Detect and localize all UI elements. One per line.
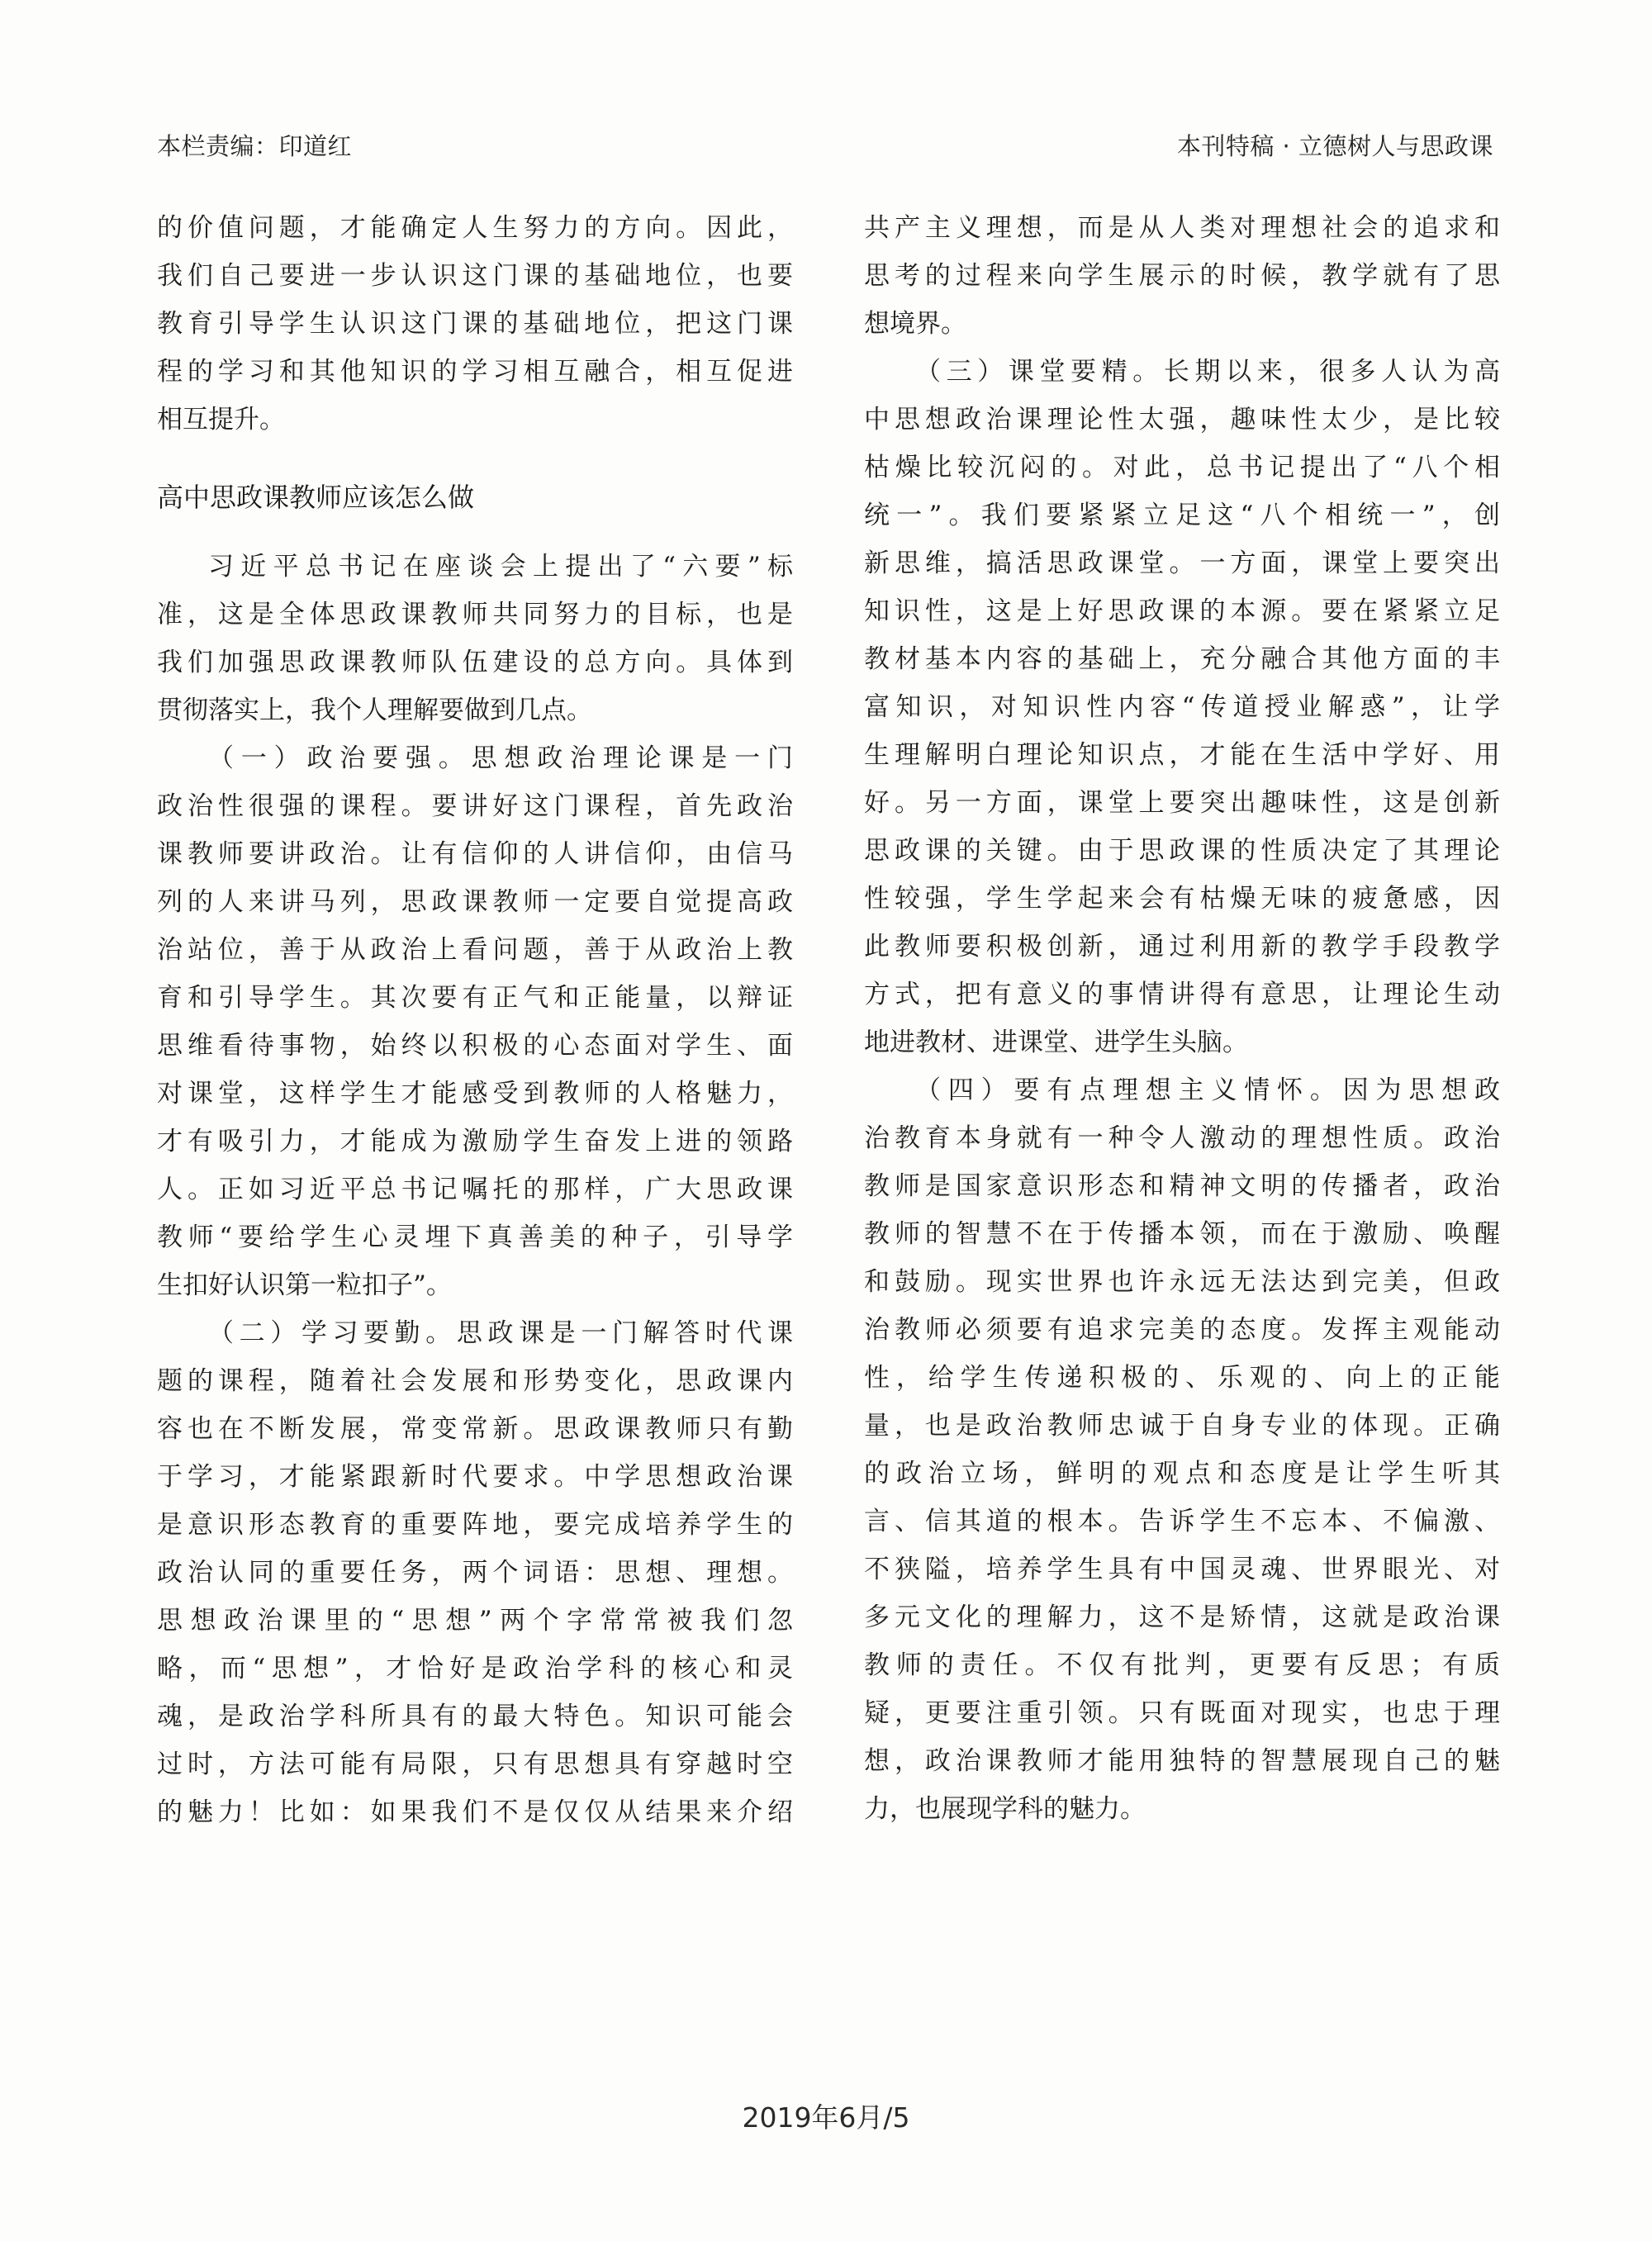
text-line: 程的学习和其他知识的学习相互融合，相互促进: [157, 354, 793, 401]
text-line: 知识性，这是上好思政课的本源。要在紧紧立足: [864, 593, 1500, 641]
text-line: 枯燥比较沉闷的。对此，总书记提出了“八个相: [864, 449, 1500, 497]
text-line: 想，政治课教师才能用独特的智慧展现自己的魅: [864, 1743, 1500, 1791]
text-line: 生扣好认识第一粒扣子”。: [157, 1267, 793, 1315]
text-line: 政治认同的重要任务，两个词语：思想、理想。: [157, 1555, 793, 1602]
text-line: 言、信其道的根本。告诉学生不忘本、不偏激、: [864, 1503, 1500, 1551]
paragraph-idealism: （四）要有点理想主义情怀。因为思想政 治教育本身就有一种令人激动的理想性质。政治…: [864, 1072, 1500, 1839]
text-line: 容也在不断发展，常变常新。思政课教师只有勤: [157, 1411, 793, 1459]
text-line: 疑，更要注重引领。只有既面对现实，也忠于理: [864, 1695, 1500, 1743]
text-line: 课教师要讲政治。让有信仰的人讲信仰，由信马: [157, 836, 793, 884]
text-line: 思想政治课里的“思想”两个字常常被我们忽: [157, 1602, 793, 1650]
text-line: 的政治立场，鲜明的观点和态度是让学生听其: [864, 1455, 1500, 1503]
text-line: 不狭隘，培养学生具有中国灵魂、世界眼光、对: [864, 1551, 1500, 1599]
text-line: 此教师要积极创新，通过利用新的教学手段教学: [864, 928, 1500, 976]
text-line: 才有吸引力，才能成为激励学生奋发上进的领路: [157, 1123, 793, 1171]
text-line: 地进教材、进课堂、进学生头脑。: [864, 1024, 1500, 1072]
text-line: 教师的智慧不在于传播本领，而在于激励、唤醒: [864, 1216, 1500, 1264]
paragraph-intro: 的价值问题，才能确定人生努力的方向。因此， 我们自己要进一步认识这门课的基础地位…: [157, 210, 793, 449]
text-line: （三）课堂要精。长期以来，很多人认为高: [864, 354, 1500, 401]
text-line: 共产主义理想，而是从人类对理想社会的追求和: [864, 210, 1500, 258]
text-line: 贯彻落实上，我个人理解要做到几点。: [157, 692, 793, 740]
paragraph-continuation: 共产主义理想，而是从人类对理想社会的追求和 思考的过程来向学生展示的时候，教学就…: [864, 210, 1500, 354]
running-head-editor: 本栏责编：印道红: [157, 128, 352, 162]
text-line: 教师的责任。不仅有批判，更要有反思；有质: [864, 1647, 1500, 1695]
text-line: 思政课的关键。由于思政课的性质决定了其理论: [864, 833, 1500, 881]
text-line: 和鼓励。现实世界也许永远无法达到完美，但政: [864, 1264, 1500, 1312]
text-line: 相互提升。: [157, 401, 793, 449]
text-line: 的魅力！比如：如果我们不是仅仅从结果来介绍: [157, 1794, 793, 1842]
text-line: 略，而“思想”，才恰好是政治学科的核心和灵: [157, 1650, 793, 1698]
left-column: 的价值问题，才能确定人生努力的方向。因此， 我们自己要进一步认识这门课的基础地位…: [157, 210, 793, 1842]
text-line: 题的课程，随着社会发展和形势变化，思政课内: [157, 1363, 793, 1411]
text-line: 教育引导学生认识这门课的基础地位，把这门课: [157, 306, 793, 354]
text-line: 多元文化的理解力，这不是矫情，这就是政治课: [864, 1599, 1500, 1647]
text-line: 教师“要给学生心灵埋下真善美的种子，引导学: [157, 1219, 793, 1267]
text-line: 政治性很强的课程。要讲好这门课程，首先政治: [157, 788, 793, 836]
text-line: 过时，方法可能有局限，只有思想具有穿越时空: [157, 1746, 793, 1794]
text-line: 生理解明白理论知识点，才能在生活中学好、用: [864, 737, 1500, 785]
text-line: 教材基本内容的基础上，充分融合其他方面的丰: [864, 641, 1500, 689]
text-line: 新思维，搞活思政课堂。一方面，课堂上要突出: [864, 545, 1500, 593]
text-line: （四）要有点理想主义情怀。因为思想政: [864, 1072, 1500, 1120]
section-heading: 高中思政课教师应该怎么做: [157, 479, 793, 527]
text-line: 方式，把有意义的事情讲得有意思，让理论生动: [864, 976, 1500, 1024]
paragraph-politics: （一）政治要强。思想政治理论课是一门 政治性很强的课程。要讲好这门课程，首先政治…: [157, 740, 793, 1315]
text-line: 治教育本身就有一种令人激动的理想性质。政治: [864, 1120, 1500, 1168]
text-line: 育和引导学生。其次要有正气和正能量，以辩证: [157, 980, 793, 1028]
text-line: 好。另一方面，课堂上要突出趣味性，这是创新: [864, 785, 1500, 833]
running-head-section: 本刊特稿 · 立德树人与思政课: [1177, 128, 1493, 162]
text-line: 思考的过程来向学生展示的时候，教学就有了思: [864, 258, 1500, 306]
text-line: 我们自己要进一步认识这门课的基础地位，也要: [157, 258, 793, 306]
text-line: 中思想政治课理论性太强，趣味性太少，是比较: [864, 401, 1500, 449]
text-line: 性较强，学生学起来会有枯燥无味的疲惫感，因: [864, 881, 1500, 928]
text-line: 统一”。我们要紧紧立足这“八个相统一”，创: [864, 497, 1500, 545]
paragraph-six-requirements: 习近平总书记在座谈会上提出了“六要”标 准，这是全体思政课教师共同努力的目标，也…: [157, 548, 793, 740]
text-line: 性，给学生传递积极的、乐观的、向上的正能: [864, 1360, 1500, 1408]
text-line: 治站位，善于从政治上看问题，善于从政治上教: [157, 932, 793, 980]
text-line: 思维看待事物，始终以积极的心态面对学生、面: [157, 1028, 793, 1075]
text-line: 是意识形态教育的重要阵地，要完成培养学生的: [157, 1507, 793, 1555]
paragraph-classroom: （三）课堂要精。长期以来，很多人认为高 中思想政治课理论性太强，趣味性太少，是比…: [864, 354, 1500, 1072]
text-line: 魂，是政治学科所具有的最大特色。知识可能会: [157, 1698, 793, 1746]
text-line: 富知识，对知识性内容“传道授业解惑”，让学: [864, 689, 1500, 737]
text-line: 我们加强思政课教师队伍建设的总方向。具体到: [157, 644, 793, 692]
text-line: 习近平总书记在座谈会上提出了“六要”标: [157, 548, 793, 596]
text-line: 列的人来讲马列，思政课教师一定要自觉提高政: [157, 884, 793, 932]
text-line: 的价值问题，才能确定人生努力的方向。因此，: [157, 210, 793, 258]
text-line: （二）学习要勤。思政课是一门解答时代课: [157, 1315, 793, 1363]
text-line: 准，这是全体思政课教师共同努力的目标，也是: [157, 596, 793, 644]
text-line: 于学习，才能紧跟新时代要求。中学思想政治课: [157, 1459, 793, 1507]
page-folio: 2019年6月/5: [0, 2096, 1652, 2135]
text-line: 想境界。: [864, 306, 1500, 354]
text-line: 量，也是政治教师忠诚于自身专业的体现。正确: [864, 1408, 1500, 1455]
text-line: 治教师必须要有追求完美的态度。发挥主观能动: [864, 1312, 1500, 1360]
text-line: 对课堂，这样学生才能感受到教师的人格魅力，: [157, 1075, 793, 1123]
paragraph-study: （二）学习要勤。思政课是一门解答时代课 题的课程，随着社会发展和形势变化，思政课…: [157, 1315, 793, 1842]
right-column: 共产主义理想，而是从人类对理想社会的追求和 思考的过程来向学生展示的时候，教学就…: [864, 210, 1500, 1839]
text-line: 人。正如习近平总书记嘱托的那样，广大思政课: [157, 1171, 793, 1219]
text-line: 教师是国家意识形态和精神文明的传播者，政治: [864, 1168, 1500, 1216]
text-line: （一）政治要强。思想政治理论课是一门: [157, 740, 793, 788]
text-line: 力，也展现学科的魅力。: [864, 1791, 1500, 1839]
